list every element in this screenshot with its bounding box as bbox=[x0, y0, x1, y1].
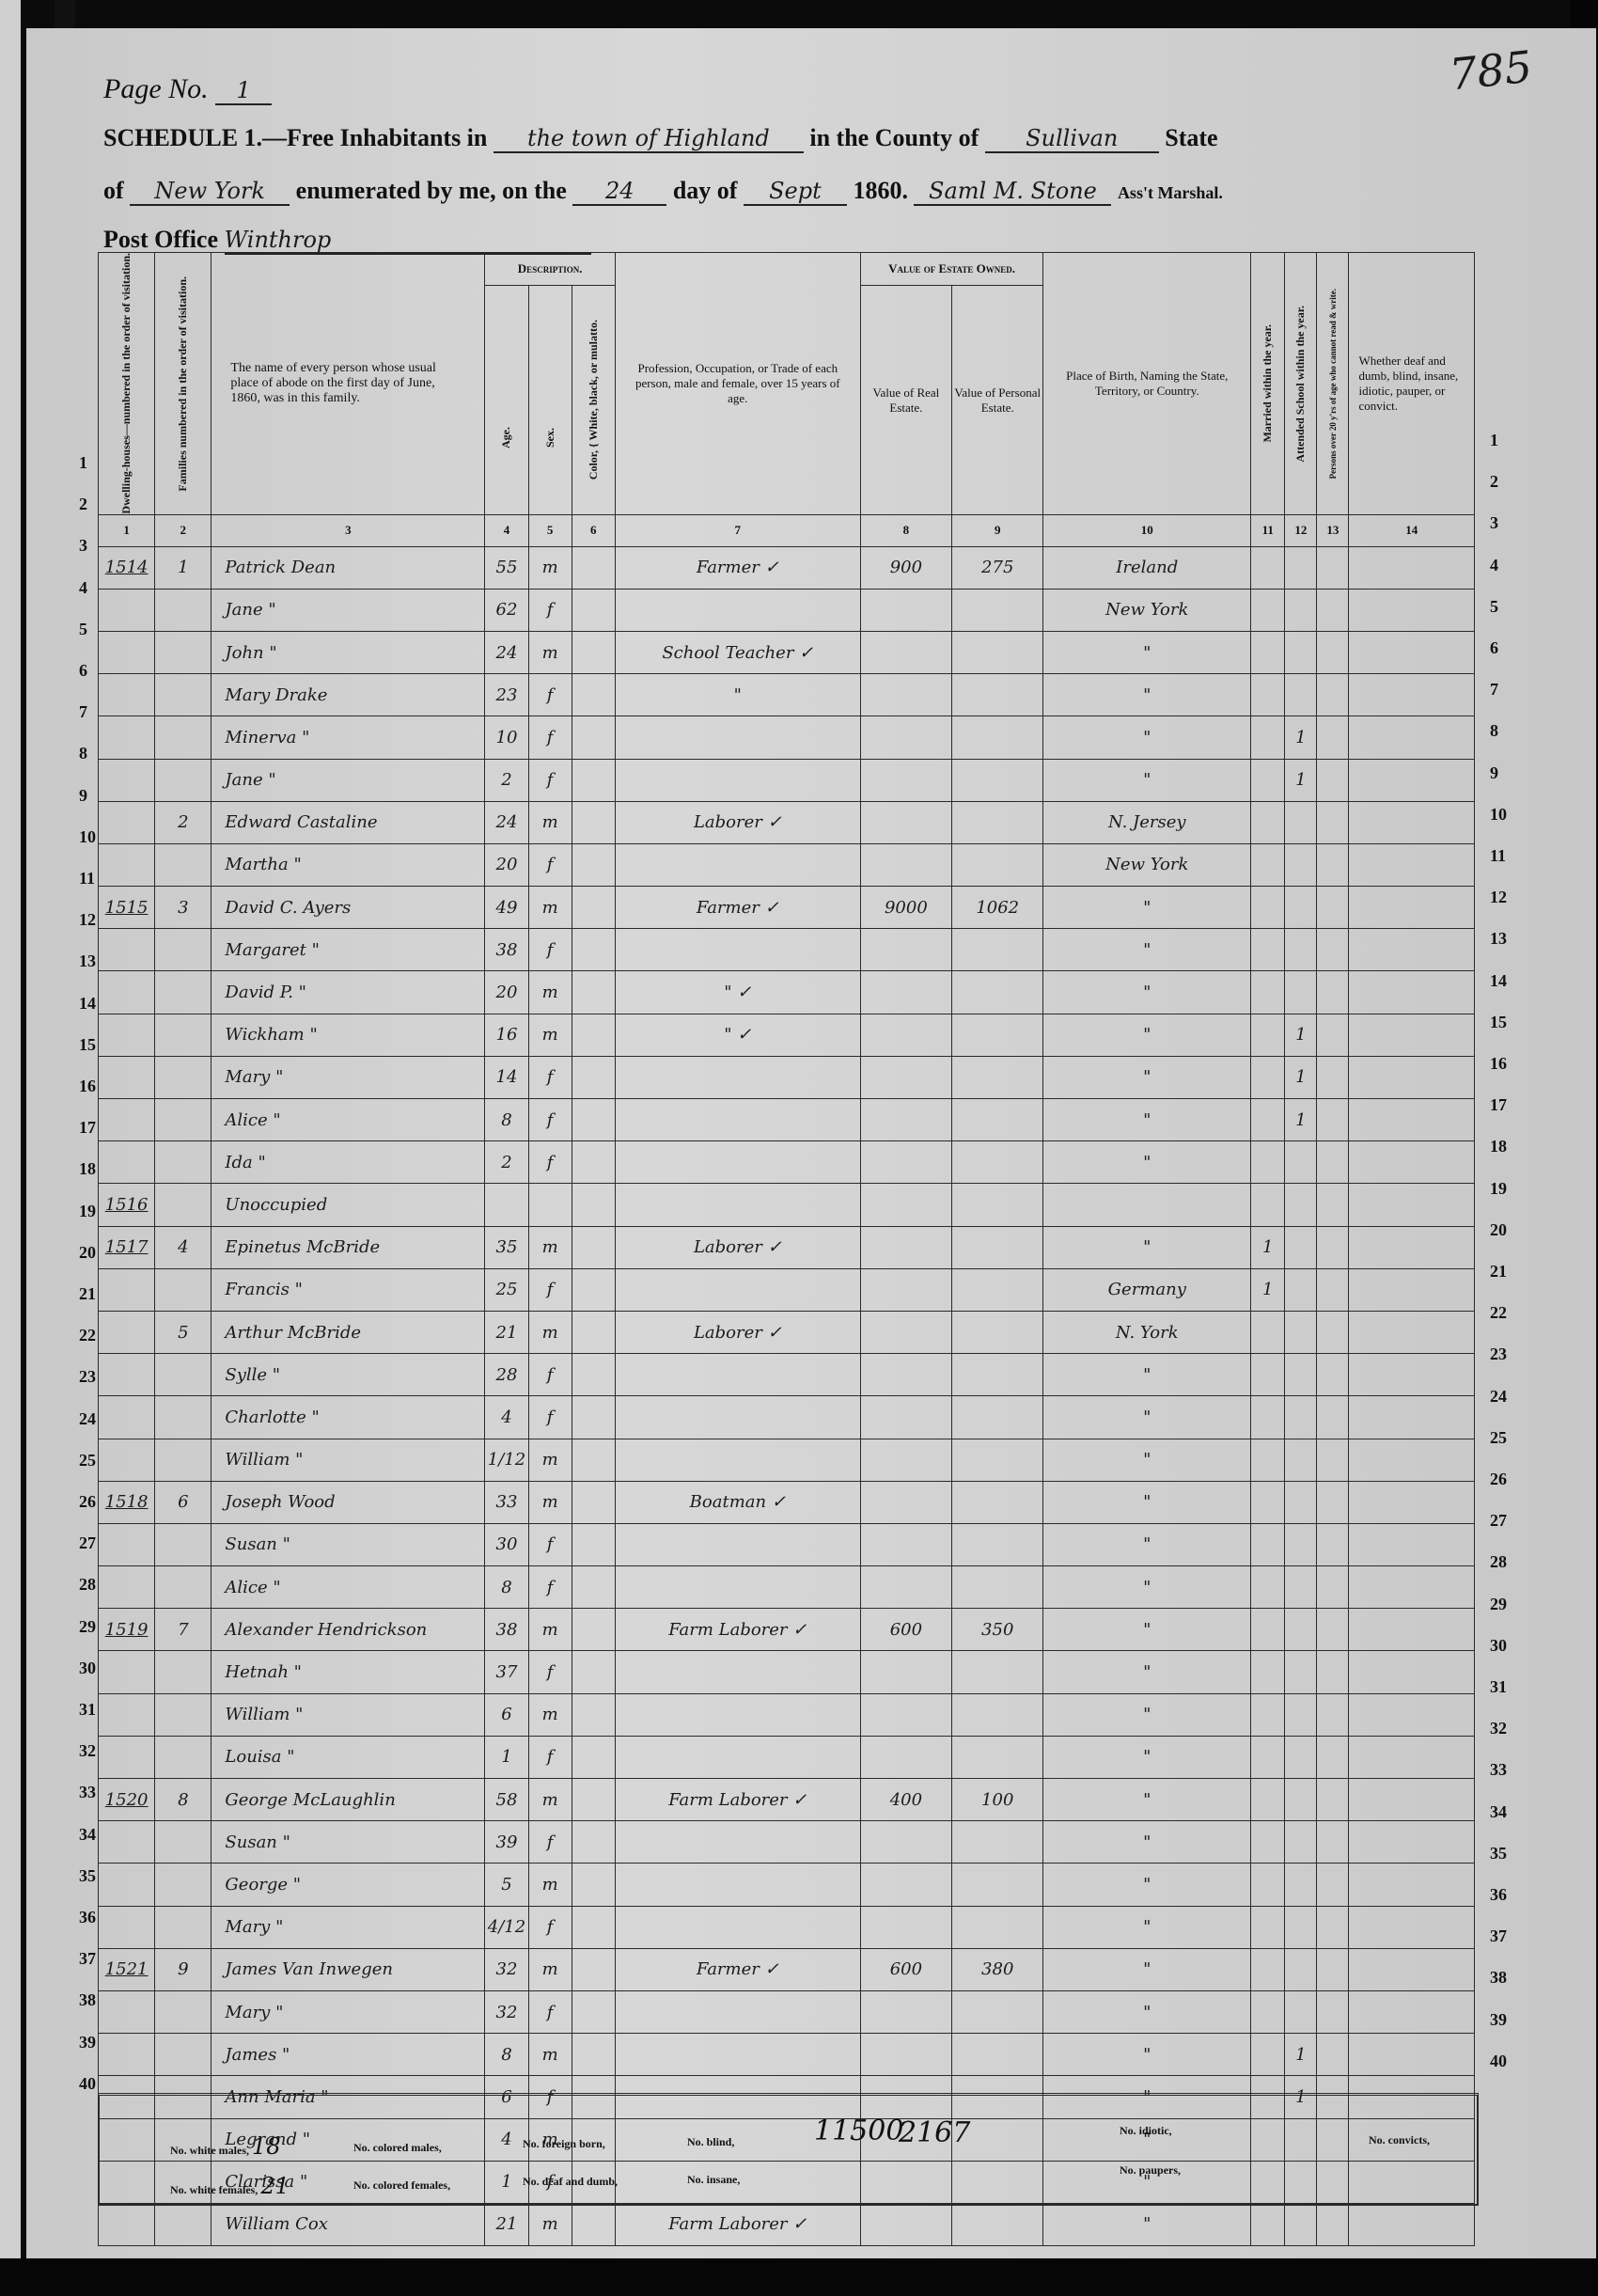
family-number bbox=[155, 2203, 211, 2245]
age: 1 bbox=[485, 1736, 528, 1778]
color bbox=[572, 1099, 615, 1141]
dwelling-number: 1517 bbox=[99, 1226, 155, 1268]
personal-estate-value bbox=[952, 1481, 1043, 1523]
real-estate-value bbox=[860, 759, 951, 801]
sex: f bbox=[528, 929, 572, 971]
day-of-label: day of bbox=[673, 177, 738, 204]
line-number: 36 bbox=[79, 1908, 96, 1927]
person-name: George McLaughlin bbox=[211, 1779, 485, 1821]
illiterate-mark bbox=[1317, 1651, 1349, 1693]
line-number: 35 bbox=[1490, 1844, 1507, 1864]
line-number: 3 bbox=[79, 536, 87, 556]
color bbox=[572, 971, 615, 1014]
person-name: Susan " bbox=[211, 1523, 485, 1565]
sex: f bbox=[528, 589, 572, 631]
line-number: 8 bbox=[79, 744, 87, 763]
dwelling-number bbox=[99, 1311, 155, 1353]
person-name: George " bbox=[211, 1864, 485, 1906]
person-name: Francis " bbox=[211, 1268, 485, 1311]
occupation: Laborer ✓ bbox=[615, 1311, 860, 1353]
table-row: 15219James Van Inwegen32mFarmer ✓600380" bbox=[99, 1948, 1475, 1990]
color bbox=[572, 801, 615, 843]
line-number: 2 bbox=[79, 495, 87, 514]
sex: f bbox=[528, 1990, 572, 2033]
person-name: Unoccupied bbox=[211, 1184, 485, 1226]
family-number bbox=[155, 1821, 211, 1864]
real-estate-value bbox=[860, 1099, 951, 1141]
birthplace: " bbox=[1043, 1693, 1251, 1736]
table-row: John "24mSchool Teacher ✓" bbox=[99, 631, 1475, 673]
married-mark bbox=[1251, 1821, 1285, 1864]
color bbox=[572, 2034, 615, 2076]
family-number bbox=[155, 843, 211, 886]
condition bbox=[1349, 971, 1475, 1014]
line-number: 38 bbox=[79, 1990, 96, 2010]
illiterate-mark bbox=[1317, 1821, 1349, 1864]
dwelling-number bbox=[99, 674, 155, 716]
header-personal-estate: Value of Personal Estate. bbox=[952, 286, 1043, 514]
married-mark bbox=[1251, 674, 1285, 716]
location-value: the town of Highland bbox=[493, 125, 804, 153]
birthplace: " bbox=[1043, 1779, 1251, 1821]
personal-estate-value bbox=[952, 716, 1043, 759]
birthplace: " bbox=[1043, 887, 1251, 929]
county-value: Sullivan bbox=[985, 125, 1159, 153]
sex: f bbox=[528, 1141, 572, 1184]
dwelling-number bbox=[99, 1141, 155, 1184]
illiterate-mark bbox=[1317, 589, 1349, 631]
header-sex: Sex. bbox=[528, 286, 572, 514]
illiterate-mark bbox=[1317, 1439, 1349, 1481]
school-mark: 1 bbox=[1285, 1014, 1317, 1056]
dwelling-number bbox=[99, 1523, 155, 1565]
birthplace: Ireland bbox=[1043, 546, 1251, 589]
sex: f bbox=[528, 1396, 572, 1439]
school-mark bbox=[1285, 1651, 1317, 1693]
white-females-value: 21 bbox=[260, 2173, 290, 2199]
table-row: William "1/12m" bbox=[99, 1439, 1475, 1481]
personal-estate-value bbox=[952, 1651, 1043, 1693]
condition bbox=[1349, 1609, 1475, 1651]
convicts-field: No. convicts, bbox=[1369, 2133, 1430, 2147]
header-occupation: Profession, Occupation, or Trade of each… bbox=[615, 253, 860, 515]
color bbox=[572, 1990, 615, 2033]
dwelling-number bbox=[99, 631, 155, 673]
of-label: of bbox=[103, 177, 124, 204]
post-office-line: Post Office Winthrop bbox=[103, 226, 591, 255]
line-number: 7 bbox=[79, 702, 87, 722]
condition bbox=[1349, 1523, 1475, 1565]
line-number: 40 bbox=[79, 2074, 96, 2094]
sex: f bbox=[528, 1906, 572, 1948]
table-row: Alice "8f" bbox=[99, 1566, 1475, 1609]
line-number: 23 bbox=[79, 1367, 96, 1387]
dwelling-number bbox=[99, 843, 155, 886]
family-number bbox=[155, 1566, 211, 1609]
line-number: 18 bbox=[1490, 1137, 1507, 1156]
real-estate-value bbox=[860, 1439, 951, 1481]
color bbox=[572, 1523, 615, 1565]
line-number: 31 bbox=[1490, 1677, 1507, 1697]
line-number: 30 bbox=[79, 1659, 96, 1678]
school-mark bbox=[1285, 801, 1317, 843]
occupation bbox=[615, 1821, 860, 1864]
deaf-dumb-field: No. deaf and dumb, bbox=[523, 2175, 618, 2189]
illiterate-mark bbox=[1317, 1523, 1349, 1565]
column-number: 14 bbox=[1349, 514, 1475, 546]
family-number: 9 bbox=[155, 1948, 211, 1990]
school-mark bbox=[1285, 1354, 1317, 1396]
line-number: 10 bbox=[1490, 805, 1507, 825]
sex: m bbox=[528, 1439, 572, 1481]
school-mark bbox=[1285, 1990, 1317, 2033]
personal-estate-value bbox=[952, 1821, 1043, 1864]
personal-estate-value bbox=[952, 759, 1043, 801]
illiterate-mark bbox=[1317, 674, 1349, 716]
illiterate-mark bbox=[1317, 887, 1349, 929]
real-estate-value bbox=[860, 1268, 951, 1311]
birthplace: " bbox=[1043, 1906, 1251, 1948]
table-row: Mary "4/12f" bbox=[99, 1906, 1475, 1948]
personal-estate-value bbox=[952, 2034, 1043, 2076]
condition bbox=[1349, 1906, 1475, 1948]
age: 28 bbox=[485, 1354, 528, 1396]
age: 5 bbox=[485, 1864, 528, 1906]
color bbox=[572, 546, 615, 589]
real-estate-value: 600 bbox=[860, 1609, 951, 1651]
line-number: 14 bbox=[79, 994, 96, 1014]
condition bbox=[1349, 631, 1475, 673]
insane-field: No. insane, bbox=[687, 2173, 740, 2187]
color bbox=[572, 1226, 615, 1268]
real-estate-value bbox=[860, 1864, 951, 1906]
occupation bbox=[615, 1566, 860, 1609]
illiterate-mark bbox=[1317, 546, 1349, 589]
birthplace: " bbox=[1043, 1439, 1251, 1481]
illiterate-mark bbox=[1317, 759, 1349, 801]
table-row: 15141Patrick Dean55mFarmer ✓900275Irelan… bbox=[99, 546, 1475, 589]
line-number: 13 bbox=[79, 951, 96, 971]
person-name: Ida " bbox=[211, 1141, 485, 1184]
dwelling-number bbox=[99, 1099, 155, 1141]
family-number bbox=[155, 1099, 211, 1141]
table-row: James "8m"1 bbox=[99, 2034, 1475, 2076]
occupation bbox=[615, 929, 860, 971]
colored-males-field: No. colored males, bbox=[353, 2141, 442, 2155]
illiterate-mark bbox=[1317, 1141, 1349, 1184]
birthplace: " bbox=[1043, 1354, 1251, 1396]
condition bbox=[1349, 1821, 1475, 1864]
film-edge-bottom bbox=[0, 2258, 1598, 2296]
illiterate-mark bbox=[1317, 1736, 1349, 1778]
school-mark bbox=[1285, 1268, 1317, 1311]
illiterate-mark bbox=[1317, 1226, 1349, 1268]
white-females-field: No. white females, 21 bbox=[170, 2173, 290, 2199]
condition bbox=[1349, 1141, 1475, 1184]
color bbox=[572, 887, 615, 929]
person-name: Sylle " bbox=[211, 1354, 485, 1396]
occupation bbox=[615, 1693, 860, 1736]
occupation bbox=[615, 1523, 860, 1565]
school-mark bbox=[1285, 1609, 1317, 1651]
condition bbox=[1349, 2203, 1475, 2245]
column-number: 5 bbox=[528, 514, 572, 546]
table-row: Francis "25fGermany1 bbox=[99, 1268, 1475, 1311]
page-no-label: Page No. bbox=[103, 73, 209, 104]
table-row: 15153David C. Ayers49mFarmer ✓90001062" bbox=[99, 887, 1475, 929]
condition bbox=[1349, 1566, 1475, 1609]
illiterate-mark bbox=[1317, 2034, 1349, 2076]
sex: f bbox=[528, 1821, 572, 1864]
line-number: 33 bbox=[1490, 1760, 1507, 1780]
sex: m bbox=[528, 1311, 572, 1353]
line-number: 40 bbox=[1490, 2052, 1507, 2071]
line-number: 10 bbox=[79, 827, 96, 847]
real-estate-value bbox=[860, 1056, 951, 1098]
sex: m bbox=[528, 1779, 572, 1821]
sex: f bbox=[528, 716, 572, 759]
age: 38 bbox=[485, 1609, 528, 1651]
dwelling-number bbox=[99, 589, 155, 631]
real-estate-value bbox=[860, 801, 951, 843]
condition bbox=[1349, 759, 1475, 801]
month-value: Sept bbox=[744, 178, 847, 206]
birthplace: " bbox=[1043, 1821, 1251, 1864]
family-number: 7 bbox=[155, 1609, 211, 1651]
school-mark bbox=[1285, 1184, 1317, 1226]
table-row: 15197Alexander Hendrickson38mFarm Labore… bbox=[99, 1609, 1475, 1651]
personal-estate-value bbox=[952, 1906, 1043, 1948]
married-mark bbox=[1251, 716, 1285, 759]
age: 10 bbox=[485, 716, 528, 759]
occupation bbox=[615, 1184, 860, 1226]
table-row: William "6m" bbox=[99, 1693, 1475, 1736]
real-estate-value bbox=[860, 1566, 951, 1609]
line-number: 27 bbox=[1490, 1511, 1507, 1531]
column-number: 9 bbox=[952, 514, 1043, 546]
occupation: Laborer ✓ bbox=[615, 801, 860, 843]
school-mark bbox=[1285, 929, 1317, 971]
colored-females-field: No. colored females, bbox=[353, 2178, 450, 2193]
person-name: Charlotte " bbox=[211, 1396, 485, 1439]
header-school: Attended School within the year. bbox=[1285, 253, 1317, 515]
line-number: 27 bbox=[79, 1533, 96, 1553]
person-name: Edward Castaline bbox=[211, 801, 485, 843]
occupation bbox=[615, 1354, 860, 1396]
school-mark bbox=[1285, 1864, 1317, 1906]
age: 4/12 bbox=[485, 1906, 528, 1948]
table-row: George "5m" bbox=[99, 1864, 1475, 1906]
family-number bbox=[155, 1268, 211, 1311]
dwelling-number: 1520 bbox=[99, 1779, 155, 1821]
sex: f bbox=[528, 1523, 572, 1565]
person-name: William " bbox=[211, 1693, 485, 1736]
school-mark: 1 bbox=[1285, 1099, 1317, 1141]
person-name: Alice " bbox=[211, 1099, 485, 1141]
family-number bbox=[155, 716, 211, 759]
table-row: Minerva "10f"1 bbox=[99, 716, 1475, 759]
sex: m bbox=[528, 1609, 572, 1651]
personal-estate-value: 350 bbox=[952, 1609, 1043, 1651]
county-label: in the County of bbox=[809, 124, 979, 151]
personal-estate-value bbox=[952, 1099, 1043, 1141]
sex: m bbox=[528, 2203, 572, 2245]
table-row: Charlotte "4f" bbox=[99, 1396, 1475, 1439]
line-number: 21 bbox=[79, 1284, 96, 1304]
school-mark bbox=[1285, 2203, 1317, 2245]
married-mark bbox=[1251, 1099, 1285, 1141]
family-number bbox=[155, 1906, 211, 1948]
married-mark bbox=[1251, 1311, 1285, 1353]
family-number bbox=[155, 1651, 211, 1693]
line-number: 11 bbox=[1490, 846, 1506, 866]
birthplace: " bbox=[1043, 1736, 1251, 1778]
color bbox=[572, 929, 615, 971]
birthplace: " bbox=[1043, 2203, 1251, 2245]
married-mark bbox=[1251, 1736, 1285, 1778]
sex: m bbox=[528, 971, 572, 1014]
school-mark bbox=[1285, 1693, 1317, 1736]
color bbox=[572, 1736, 615, 1778]
age: 49 bbox=[485, 887, 528, 929]
real-estate-value bbox=[860, 1523, 951, 1565]
post-office-label: Post Office bbox=[103, 226, 218, 253]
person-name: Jane " bbox=[211, 759, 485, 801]
real-estate-value bbox=[860, 1354, 951, 1396]
paupers-field: No. paupers, bbox=[1120, 2163, 1181, 2178]
color bbox=[572, 1439, 615, 1481]
illiterate-mark bbox=[1317, 801, 1349, 843]
birthplace: " bbox=[1043, 971, 1251, 1014]
sex: f bbox=[528, 1056, 572, 1098]
line-number: 12 bbox=[1490, 888, 1507, 907]
real-estate-value bbox=[860, 1651, 951, 1693]
sex: m bbox=[528, 801, 572, 843]
birthplace: " bbox=[1043, 1099, 1251, 1141]
line-number: 30 bbox=[1490, 1636, 1507, 1656]
dwelling-number bbox=[99, 1693, 155, 1736]
idiotic-field: No. idiotic, bbox=[1120, 2124, 1172, 2138]
family-number: 6 bbox=[155, 1481, 211, 1523]
personal-estate-value bbox=[952, 1566, 1043, 1609]
occupation bbox=[615, 1439, 860, 1481]
personal-estate-value bbox=[952, 1184, 1043, 1226]
school-mark bbox=[1285, 546, 1317, 589]
personal-estate-value bbox=[952, 1990, 1043, 2033]
condition bbox=[1349, 1354, 1475, 1396]
birthplace: " bbox=[1043, 1396, 1251, 1439]
married-mark bbox=[1251, 1693, 1285, 1736]
condition bbox=[1349, 801, 1475, 843]
occupation bbox=[615, 759, 860, 801]
white-females-label: No. white females, bbox=[170, 2183, 258, 2196]
age: 32 bbox=[485, 1948, 528, 1990]
person-name: Wickham " bbox=[211, 1014, 485, 1056]
dwelling-number: 1518 bbox=[99, 1481, 155, 1523]
illiterate-mark bbox=[1317, 716, 1349, 759]
birthplace: New York bbox=[1043, 843, 1251, 886]
personal-estate-value bbox=[952, 801, 1043, 843]
school-mark bbox=[1285, 1906, 1317, 1948]
age: 16 bbox=[485, 1014, 528, 1056]
dwelling-number: 1516 bbox=[99, 1184, 155, 1226]
age: 30 bbox=[485, 1523, 528, 1565]
header-married: Married within the year. bbox=[1251, 253, 1285, 515]
sex: m bbox=[528, 887, 572, 929]
age: 1/12 bbox=[485, 1439, 528, 1481]
birthplace: N. York bbox=[1043, 1311, 1251, 1353]
sex: f bbox=[528, 1099, 572, 1141]
person-name: James Van Inwegen bbox=[211, 1948, 485, 1990]
line-number: 16 bbox=[79, 1077, 96, 1096]
school-mark: 1 bbox=[1285, 1056, 1317, 1098]
condition bbox=[1349, 1779, 1475, 1821]
birthplace: " bbox=[1043, 1864, 1251, 1906]
sex: f bbox=[528, 759, 572, 801]
birthplace: " bbox=[1043, 1651, 1251, 1693]
married-mark bbox=[1251, 1184, 1285, 1226]
line-number: 16 bbox=[1490, 1054, 1507, 1074]
person-name: Alice " bbox=[211, 1566, 485, 1609]
table-row: Margaret "38f" bbox=[99, 929, 1475, 971]
state-label: State bbox=[1165, 124, 1217, 151]
sex: m bbox=[528, 1948, 572, 1990]
illiterate-mark bbox=[1317, 1354, 1349, 1396]
family-number bbox=[155, 1523, 211, 1565]
condition bbox=[1349, 1736, 1475, 1778]
personal-estate-value bbox=[952, 1268, 1043, 1311]
person-name: John " bbox=[211, 631, 485, 673]
dwelling-number bbox=[99, 1736, 155, 1778]
page-summary: No. white males, 18 No. white females, 2… bbox=[98, 2093, 1479, 2206]
line-number: 4 bbox=[79, 578, 87, 598]
real-estate-value bbox=[860, 1481, 951, 1523]
birthplace: Germany bbox=[1043, 1268, 1251, 1311]
color bbox=[572, 1141, 615, 1184]
family-number bbox=[155, 1693, 211, 1736]
married-mark bbox=[1251, 801, 1285, 843]
line-number: 35 bbox=[79, 1866, 96, 1886]
family-number bbox=[155, 631, 211, 673]
dwelling-number bbox=[99, 801, 155, 843]
person-name: Mary " bbox=[211, 1990, 485, 2033]
illiterate-mark bbox=[1317, 929, 1349, 971]
real-estate-value: 400 bbox=[860, 1779, 951, 1821]
dwelling-number bbox=[99, 1651, 155, 1693]
married-mark: 1 bbox=[1251, 1226, 1285, 1268]
line-number: 5 bbox=[1490, 597, 1498, 617]
personal-estate-value bbox=[952, 1736, 1043, 1778]
married-mark bbox=[1251, 1481, 1285, 1523]
illiterate-mark bbox=[1317, 1609, 1349, 1651]
dwelling-number bbox=[99, 971, 155, 1014]
condition bbox=[1349, 1481, 1475, 1523]
color bbox=[572, 589, 615, 631]
real-estate-value bbox=[860, 1311, 951, 1353]
personal-estate-value: 1062 bbox=[952, 887, 1043, 929]
total-personal-estate: 2167 bbox=[899, 2116, 970, 2149]
page-number-line: Page No. 1 bbox=[103, 73, 272, 105]
school-mark bbox=[1285, 887, 1317, 929]
column-number: 1 bbox=[99, 514, 155, 546]
dwelling-number bbox=[99, 1566, 155, 1609]
line-number: 34 bbox=[1490, 1802, 1507, 1822]
occupation bbox=[615, 1864, 860, 1906]
married-mark bbox=[1251, 843, 1285, 886]
line-number: 39 bbox=[1490, 2010, 1507, 2030]
white-males-field: No. white males, 18 bbox=[170, 2133, 281, 2160]
birthplace: " bbox=[1043, 1566, 1251, 1609]
